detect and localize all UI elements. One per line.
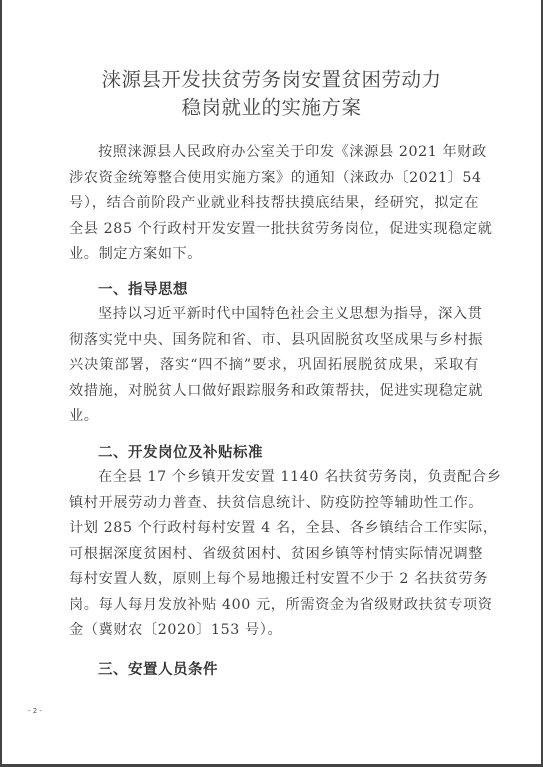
intro-line: 业。制定方案如下。 (69, 242, 479, 268)
section-2-line: 岗。每人每月发放补贴 400 元，所需资金为省级财政扶贫专项资 (69, 593, 479, 619)
section-2-line: 每村安置人数，原则上每个易地搬迁村安置不少于 2 名扶贫劳务 (69, 567, 479, 593)
section-2-line: 镇村开展劳动力普查、扶贫信息统计、防疫防控等辅助性工作。 (69, 491, 479, 517)
section-1-heading: 一、指导思想 (98, 278, 188, 299)
document-page: 涞源县开发扶贫劳务岗安置贫困劳动力 稳岗就业的实施方案 按照涞源县人民政府办公室… (2, 0, 541, 764)
section-1-line: 彻落实党中央、国务院和省、市、县巩固脱贫攻坚成果与乡村振 (69, 328, 479, 354)
intro-line: 涉农资金统筹整合使用实施方案》的通知（涞政办〔2021〕54 (69, 166, 479, 192)
page-number: - 2 - (28, 707, 42, 715)
intro-line: 按照涞源县人民政府办公室关于印发《涞源县 2021 年财政 (69, 140, 479, 166)
section-3-heading: 三、安置人员条件 (98, 658, 218, 679)
section-1-line: 业。 (69, 404, 479, 430)
section-2-heading: 二、开发岗位及补贴标准 (98, 441, 263, 462)
section-2-line: 可根据深度贫困村、省级贫困村、贫困乡镇等村情实际情况调整 (69, 542, 479, 568)
document-title-line-1: 涞源县开发扶贫劳务岗安置贫困劳动力 (2, 67, 541, 93)
section-1-line: 兴决策部署，落实“四不摘”要求，巩固拓展脱贫成果，采取有 (69, 353, 479, 379)
intro-paragraph: 按照涞源县人民政府办公室关于印发《涞源县 2021 年财政 涉农资金统筹整合使用… (69, 140, 479, 268)
section-1-paragraph: 坚持以习近平新时代中国特色社会主义思想为指导，深入贯 彻落实党中央、国务院和省、… (69, 302, 479, 430)
intro-line: 号），结合前阶段产业就业科技帮扶摸底结果，经研究，拟定在 (69, 191, 479, 217)
intro-line: 全县 285 个行政村开发安置一批扶贫劳务岗位，促进实现稳定就 (69, 217, 479, 243)
document-title-line-2: 稳岗就业的实施方案 (2, 95, 541, 121)
section-2-line: 金（冀财农〔2020〕153 号）。 (69, 618, 479, 644)
section-2-paragraph: 在全县 17 个乡镇开发安置 1140 名扶贫劳务岗，负责配合乡 镇村开展劳动力… (69, 465, 479, 644)
section-2-line: 计划 285 个行政村每村安置 4 名，全县、各乡镇结合工作实际， (69, 516, 479, 542)
section-1-line: 坚持以习近平新时代中国特色社会主义思想为指导，深入贯 (69, 302, 479, 328)
section-1-line: 效措施，对脱贫人口做好跟踪服务和政策帮扶，促进实现稳定就 (69, 379, 479, 405)
section-2-line: 在全县 17 个乡镇开发安置 1140 名扶贫劳务岗，负责配合乡 (69, 465, 479, 491)
